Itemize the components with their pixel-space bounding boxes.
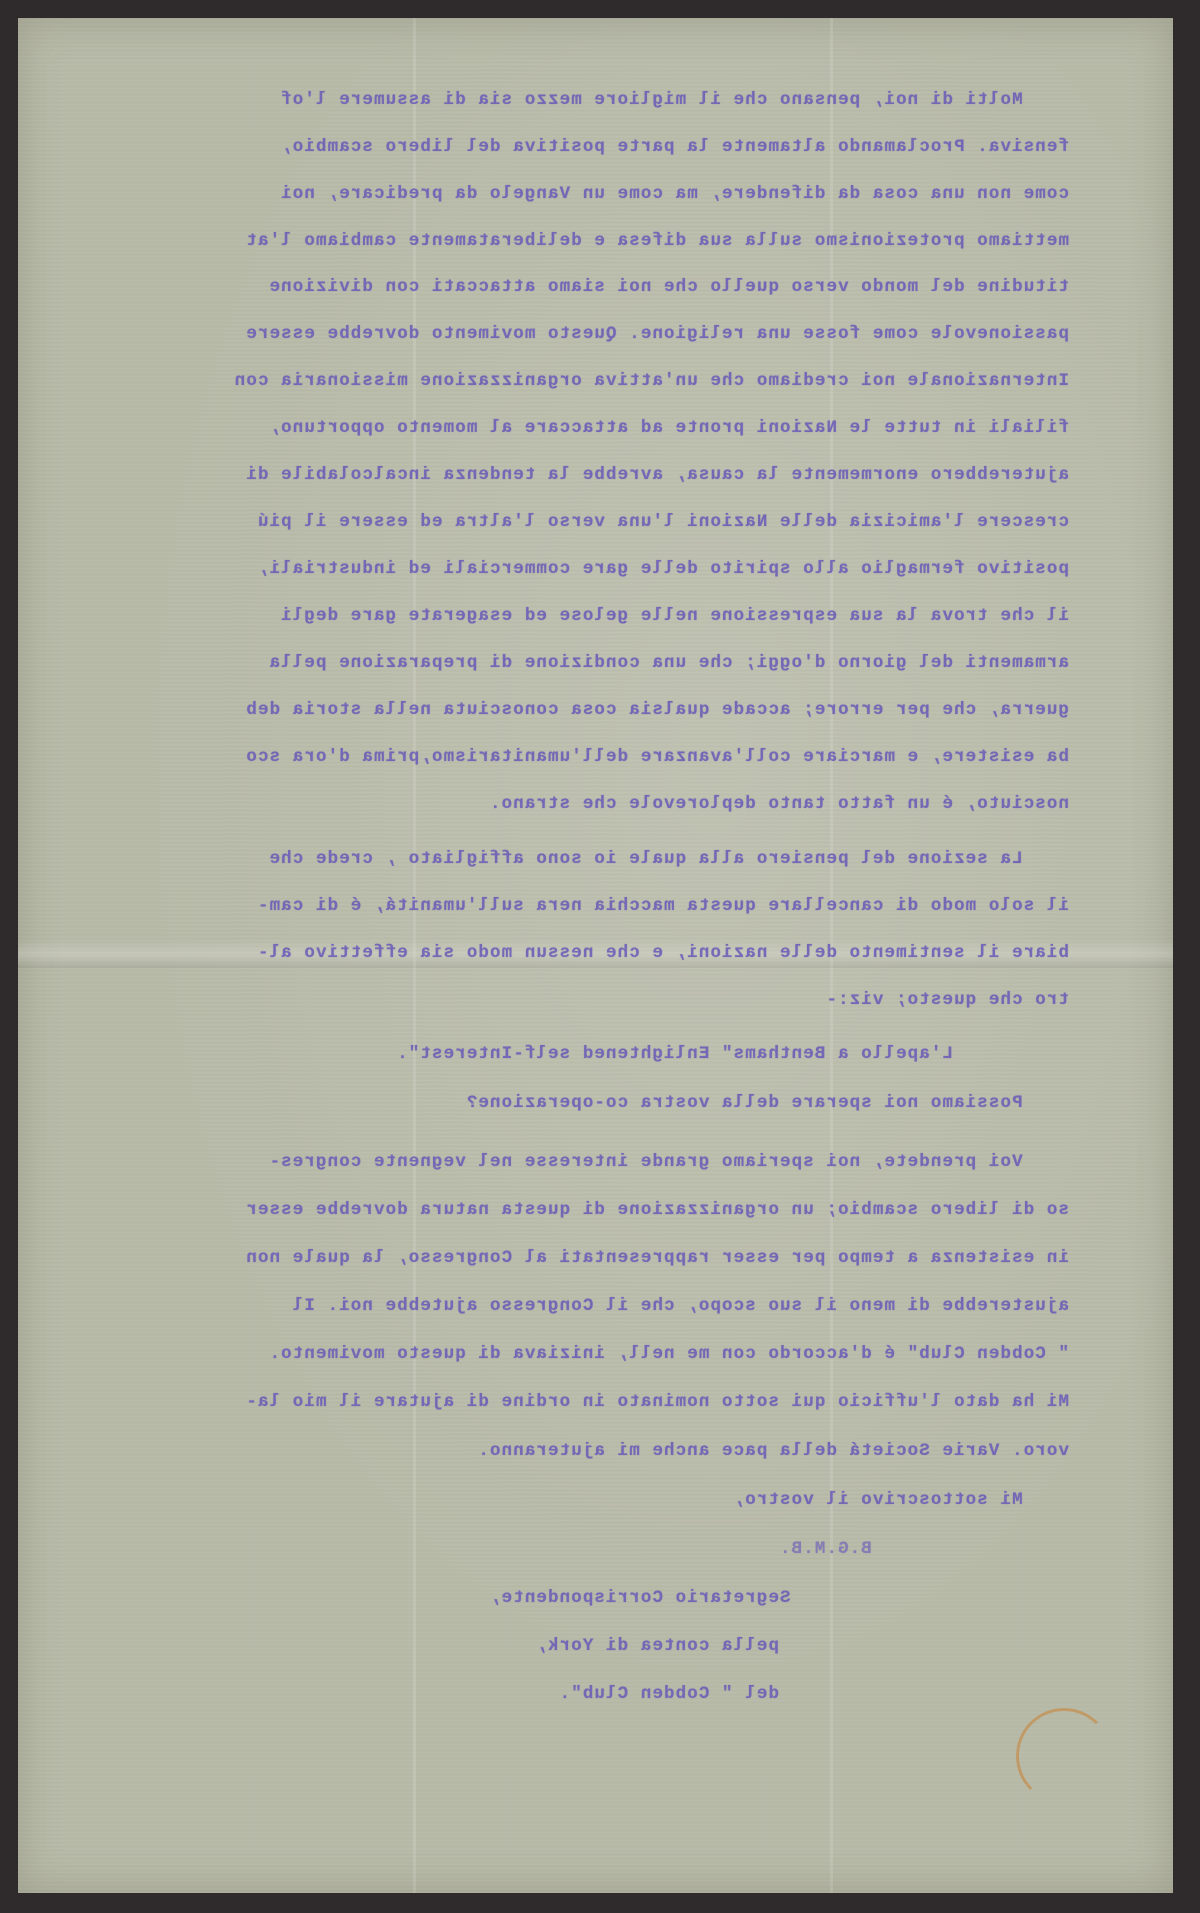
text-line: positivo fermaglio allo spirito delle ga… [257,559,1069,579]
text-line: il solo modo di cancellare questa macchi… [257,896,1069,916]
text-line: titudine del mondo verso quello che noi … [268,277,1069,297]
text-line: in esistenza a tempo per esser rappresen… [245,1248,1069,1268]
text-line: nosciuto, é un fatto tanto deplorevole c… [489,794,1069,814]
text-line: so di libero scambio; un organizzazione … [245,1200,1069,1220]
text-line: armamenti del giorno d'oggi; che una con… [268,653,1069,673]
text-line: passionevole come fosse una religione. Q… [245,324,1069,344]
text-line: ajusterebbe di meno il suo scopo, che il… [292,1296,1069,1316]
quote-line: L'apello a Benthams" Enlightened self-In… [396,1044,1069,1064]
mirrored-typed-text: Molti di noi, pensano che il migliore me… [18,18,1173,1893]
text-line: il che trova la sua espressione nelle ge… [280,606,1069,626]
text-line: tro che questo; viz:- [825,990,1069,1010]
text-line: filiali in tutte le Nazioni pronte ad at… [268,418,1069,438]
text-line: ajuterebbero enormemente la causa, avreb… [245,465,1069,485]
text-line: fensiva. Proclamando altamente la parte … [280,137,1069,157]
text-line: guerra, che per errore; accade qualsia c… [245,700,1069,720]
text-line: crescere l'amicizia delle Nazioni l'una … [257,512,1069,532]
text-line: Mi ha dato l'ufficio qui sotto nominato … [245,1392,1069,1412]
question-line: Possiamo noi sperare della vostra co-ope… [466,1093,1069,1113]
text-line: Molti di noi, pensano che il migliore me… [280,90,1069,110]
signature-title: Segretario Corrispondente, [489,1588,1069,1608]
text-line: Voi prendete, noi speriamo grande intere… [268,1152,1069,1172]
closing-line: Mi sottoscrivo il vostro, [733,1490,1069,1510]
text-line: voro. Varie Societá della pace anche mi … [477,1441,1069,1461]
text-line: mettiamo protezionismo sulla sua difesa … [245,231,1069,251]
text-line: La sezione del pensiero alla quale io so… [268,849,1069,869]
text-line: biare il sentimento delle nazioni, e che… [257,943,1069,963]
text-line: come non una cosa da difendere, ma come … [280,184,1069,204]
signature-initials: B.G.M.B. [779,1539,1069,1559]
text-line: ba esistere, e marciare coll'avanzare de… [245,747,1069,767]
text-line: Internazionale noi crediamo che un'attiv… [234,371,1069,391]
text-line: " Cobden Club" é d'accordo con me nell, … [268,1344,1069,1364]
signature-club: del " Cobden Club". [559,1684,1069,1704]
signature-county: pella contea di York, [535,1636,1069,1656]
